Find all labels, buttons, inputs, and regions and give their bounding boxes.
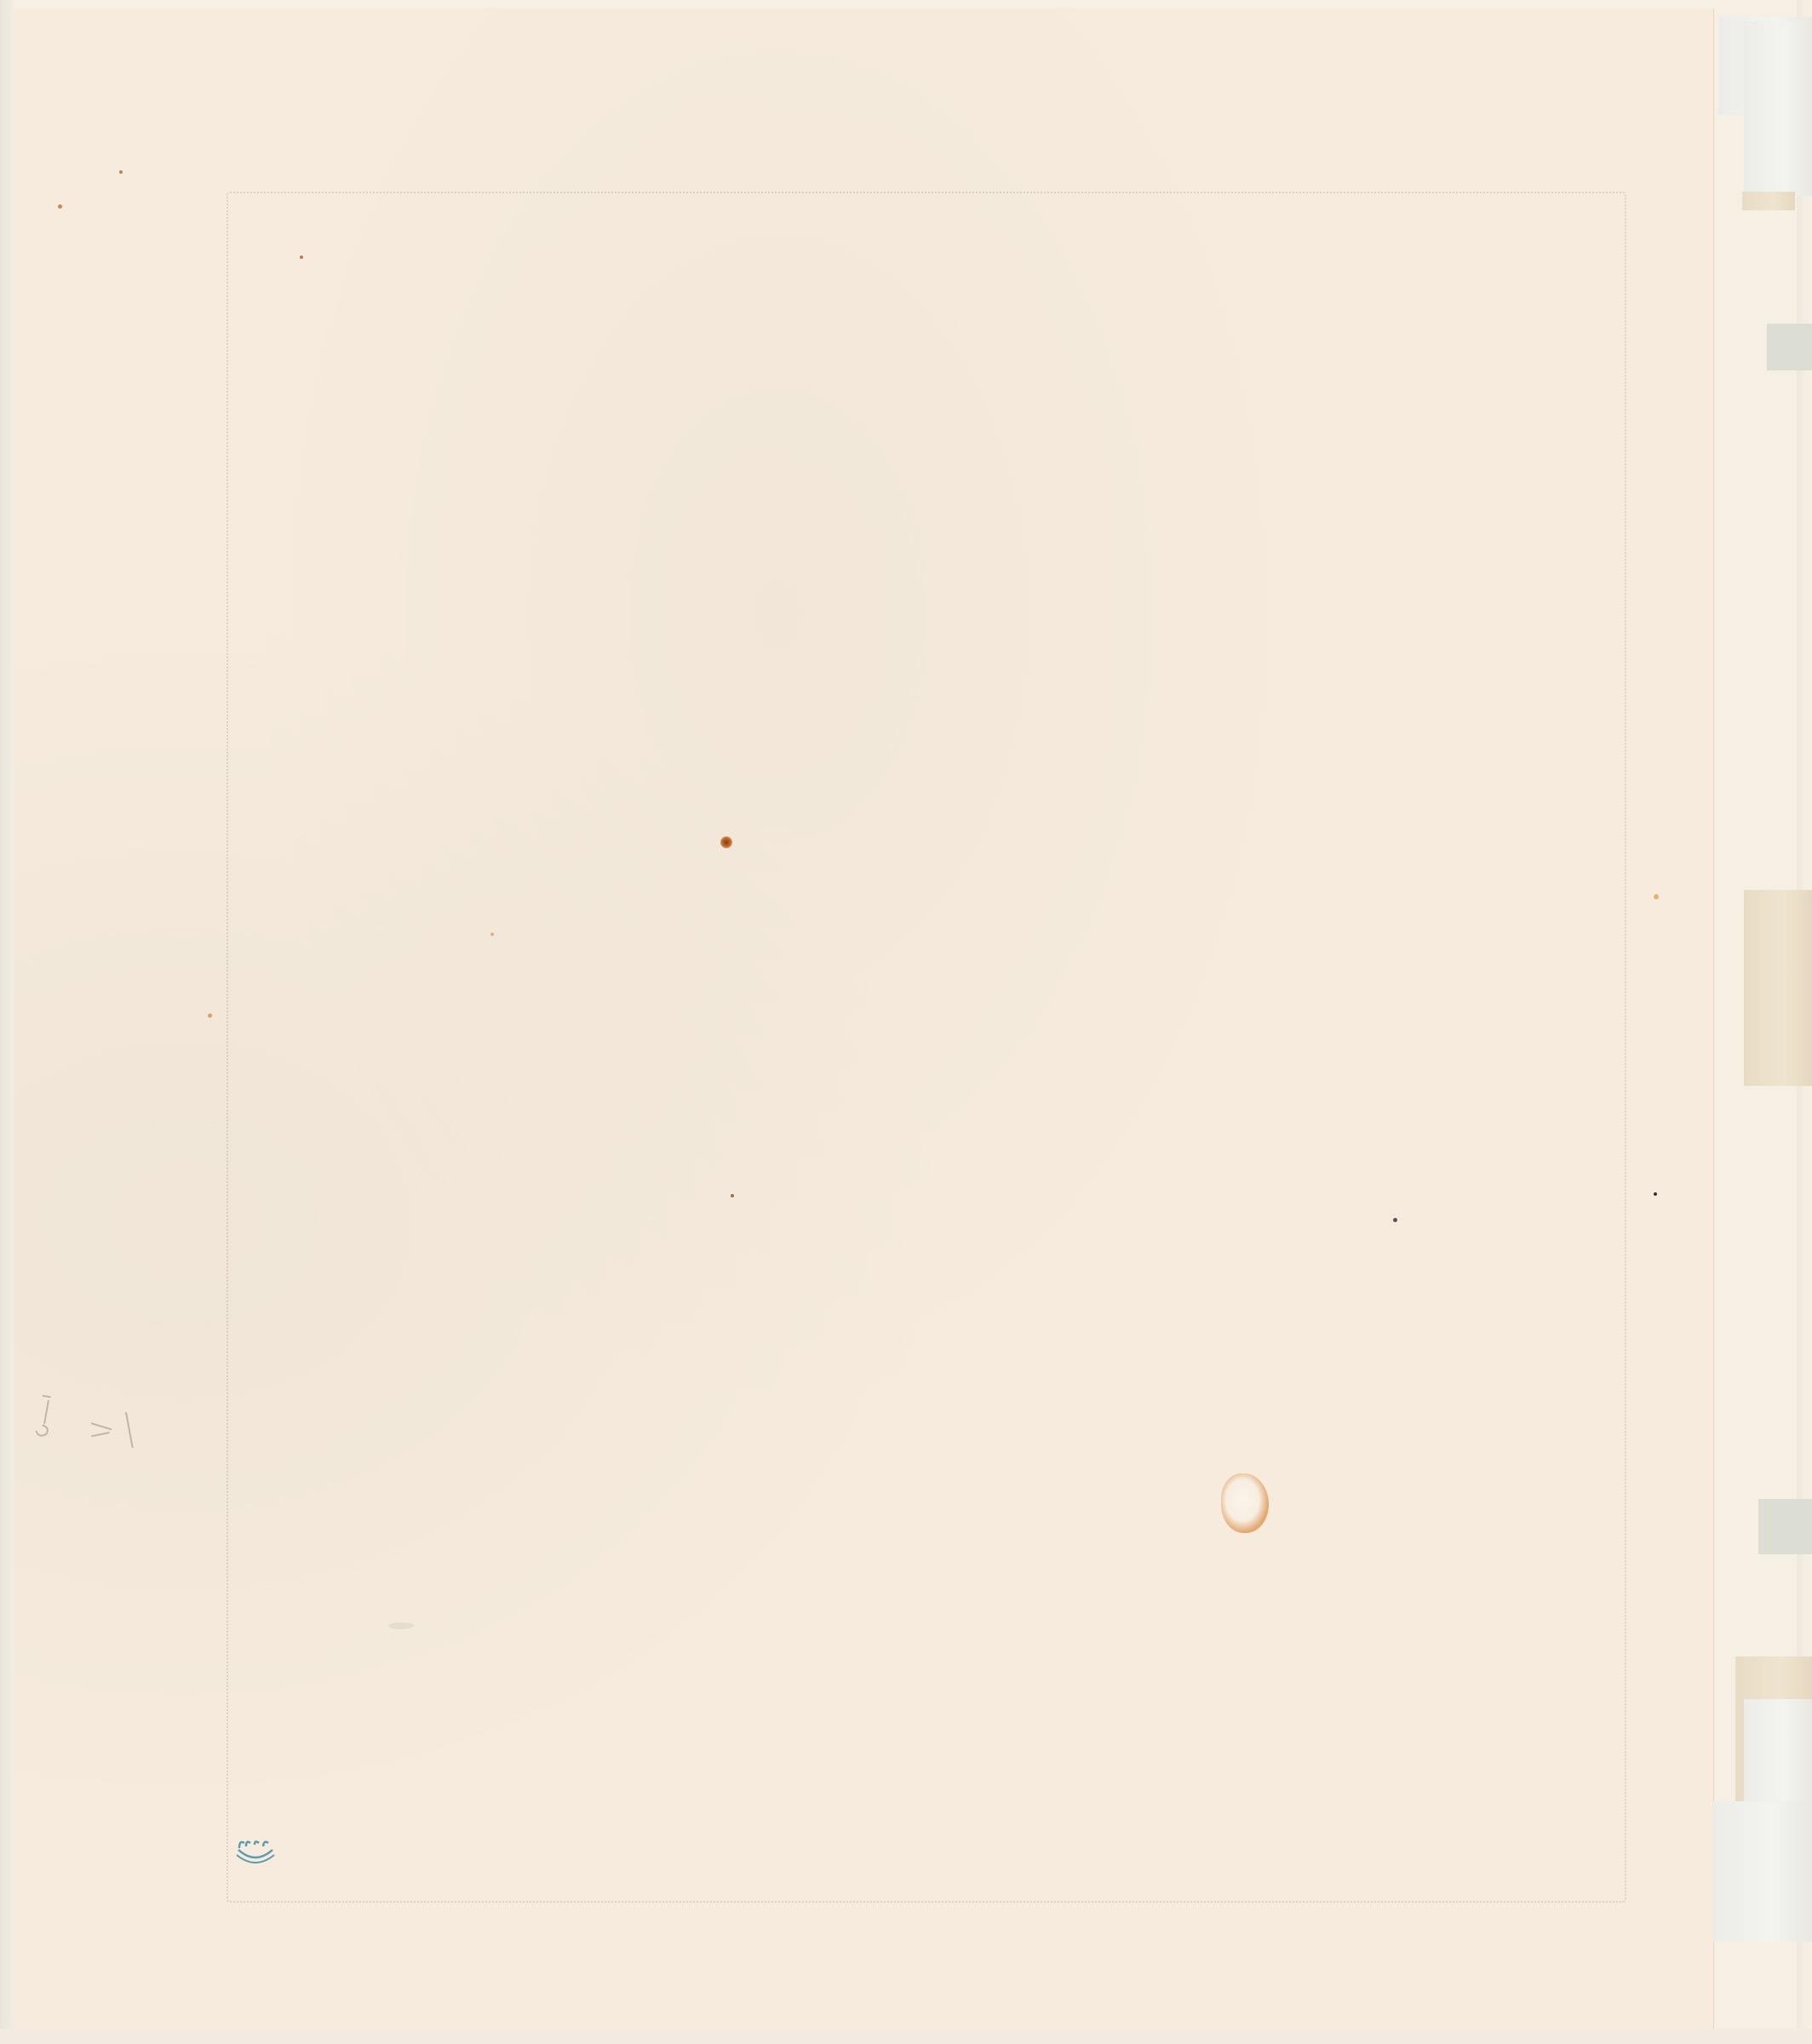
tape-hinge-upper (1742, 192, 1795, 210)
tape-hinge-grey-lower (1758, 1499, 1812, 1554)
speck (58, 204, 62, 209)
speck (1654, 1192, 1657, 1196)
speck (1654, 894, 1659, 899)
speck (208, 1013, 212, 1018)
tape-hinge-grey-upper (1767, 324, 1812, 370)
tape-hinge-middle (1744, 890, 1812, 1086)
speck (300, 255, 303, 259)
tape-hinge-top-inner (1744, 21, 1812, 196)
bottom-mount-edge (0, 2029, 1812, 2044)
plate-mark (226, 192, 1626, 1903)
speck (1393, 1218, 1397, 1222)
left-mount-edge (0, 0, 14, 2044)
speck (490, 933, 494, 936)
speck (119, 170, 123, 174)
paper-sheet-verso (14, 9, 1713, 2029)
tape-hinge-bottom-outer (1713, 1801, 1812, 1942)
collector-stamp-icon (234, 1833, 277, 1867)
foxing-spot (720, 836, 732, 848)
speck (731, 1194, 734, 1197)
abraded-foxing-spot (1221, 1473, 1269, 1533)
collector-stamp (234, 1833, 277, 1867)
speck (388, 1622, 414, 1629)
